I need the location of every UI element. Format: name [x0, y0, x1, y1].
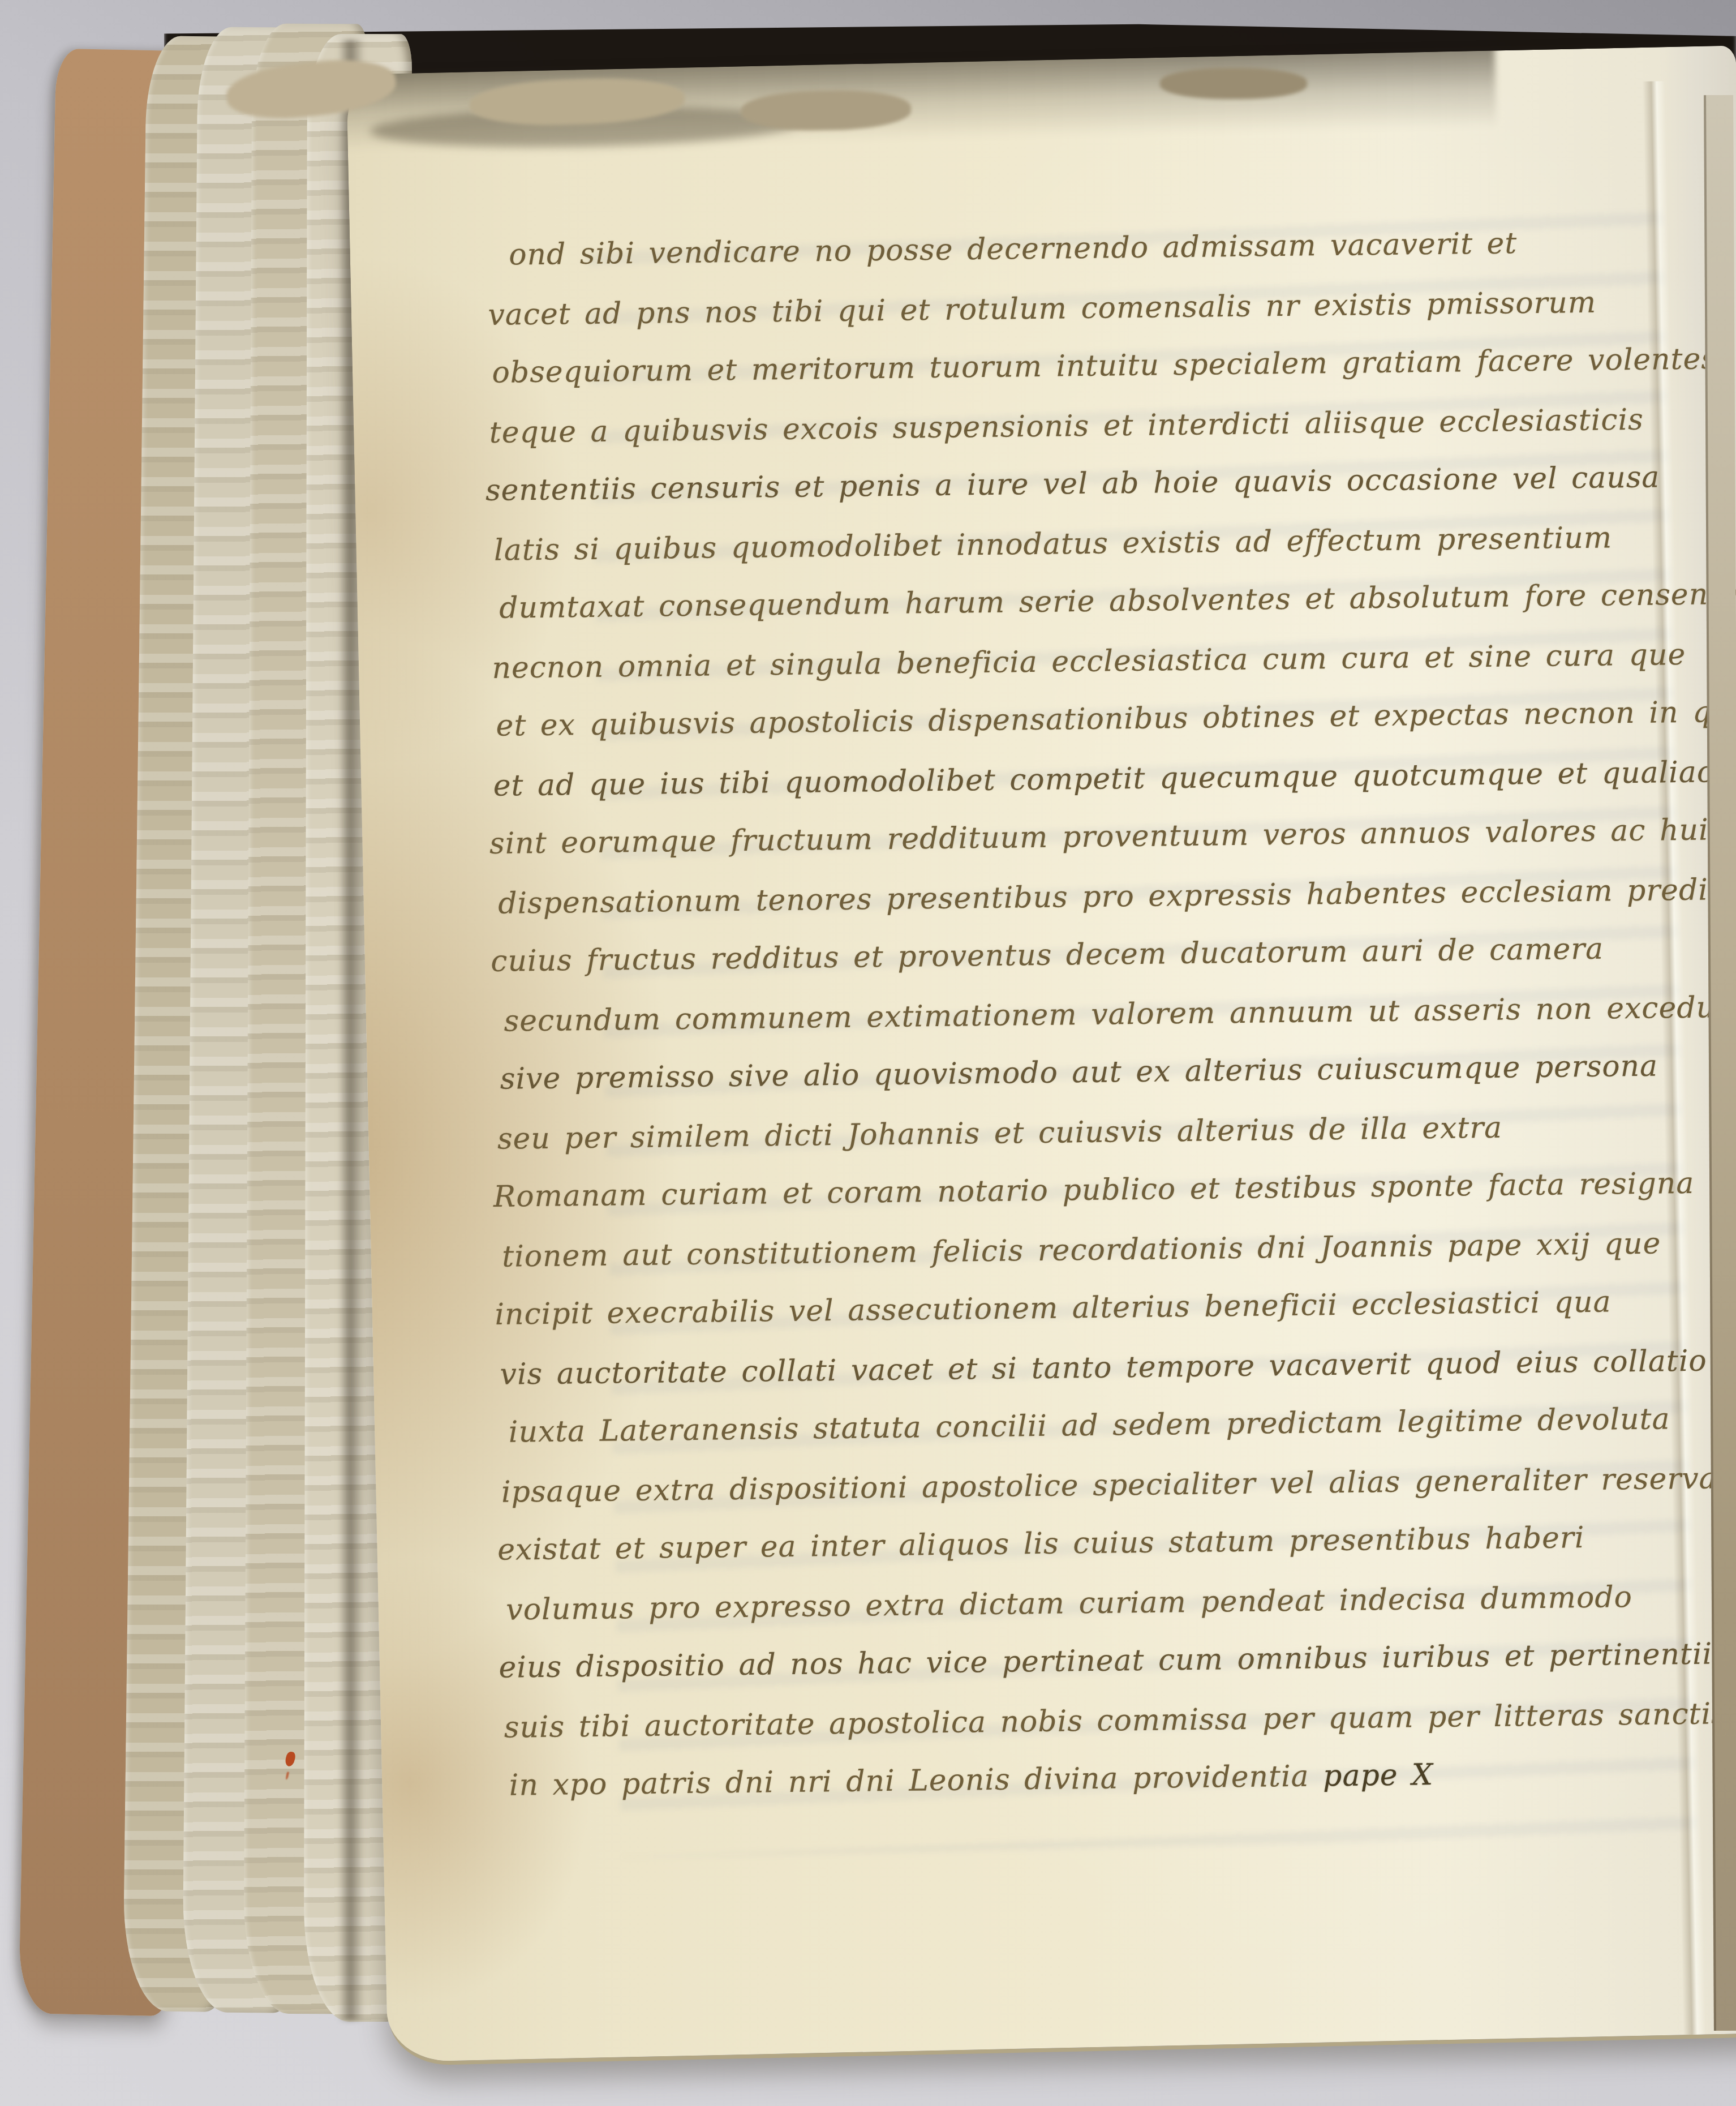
scanned-book-photo: ond sibi vendicare no posse decernendo a… — [0, 0, 1736, 2106]
manuscript-text: ond sibi vendicare no posse decernendo a… — [483, 212, 1700, 1815]
manuscript-line-last-text: in xpo patris dni nri dni Leonis divina … — [509, 1759, 1324, 1802]
manuscript-line: ond sibi vendicare no posse decernendo a… — [509, 212, 1683, 285]
page-edge-flake — [1160, 68, 1307, 99]
manuscript-line-last-emphasis: pape X — [1323, 1758, 1434, 1793]
manuscript-page: ond sibi vendicare no posse decernendo a… — [346, 46, 1736, 2062]
manuscript-lines: ond sibi vendicare no posse decernendo a… — [483, 212, 1700, 1756]
